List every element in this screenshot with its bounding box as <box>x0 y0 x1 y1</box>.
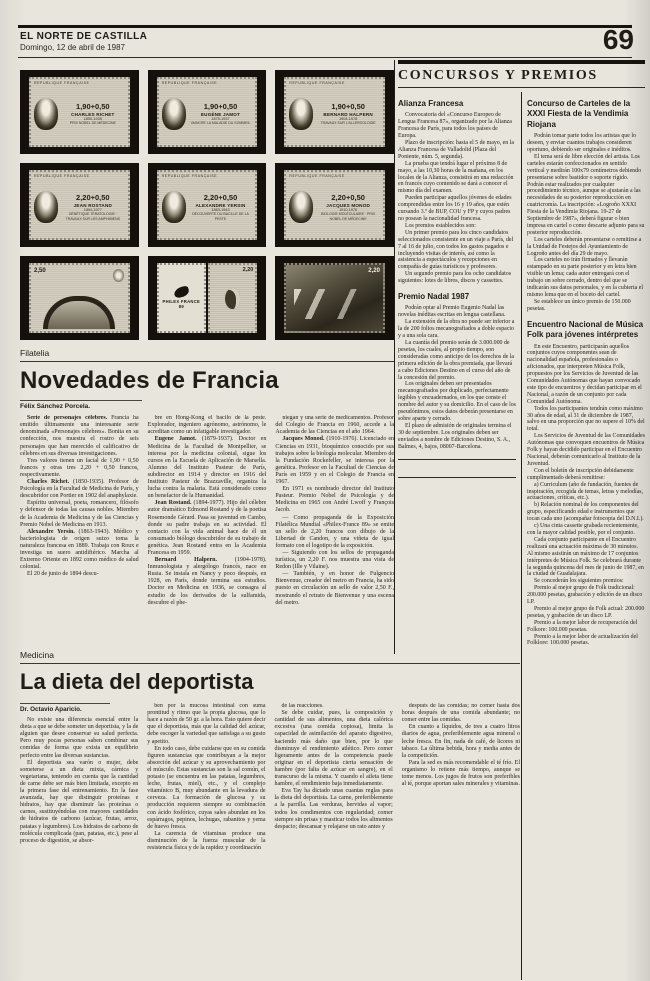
item-body: En este Encuentro, participarán aquellos… <box>527 344 645 648</box>
medicina-column-1: Dr. Octavio Aparicio. No existe una dife… <box>20 703 138 965</box>
article-paragraph: bre en Hong-Kong el bacilo de la peste. … <box>148 415 267 436</box>
article-paragraph: Jean Rostand. (1894-1977). Hijo del céle… <box>148 500 267 557</box>
metro-stamp-face: 2,50 <box>29 263 130 333</box>
concursos-column-b: Concurso de Carteles de la XXXI Fiesta d… <box>527 92 645 980</box>
article-paragraph: después de las comidas; no comer hasta d… <box>402 703 520 724</box>
stamp-face-area: RÉPUBLIQUE FRANÇAISE 1,90+0,50 BERNARD H… <box>284 77 385 147</box>
page-number: 69 <box>603 24 634 56</box>
column-body: No existe una diferencia esencial entre … <box>20 717 138 845</box>
portrait-stamp: RÉPUBLIQUE FRANÇAISE 1,90+0,50 EUGÈNE JA… <box>148 70 267 154</box>
article-paragraph: El 20 de junio de 1894 descu- <box>20 571 139 578</box>
portrait-icon <box>289 98 313 130</box>
stamp-value: 2,20 <box>368 268 380 274</box>
portrait-icon <box>162 98 186 130</box>
stamp-value: 2,20+0,50 <box>316 193 380 202</box>
medicina-column-3: de las reacciones.Se debe cuidar, pues, … <box>275 703 393 965</box>
article-paragraph: Premio a la mejor labor de actualización… <box>527 634 645 648</box>
stamp-value: 2,20+0,50 <box>61 193 125 202</box>
item-body: Convocatoria del «Concurso Europeo de Le… <box>398 112 516 285</box>
article-paragraph: Se concederán los siguientes premios: <box>527 578 645 585</box>
article-paragraph: c) Una cinta cassette grabada recienteme… <box>527 523 645 537</box>
stamp-value: 1,90+0,50 <box>189 102 253 111</box>
filatelia-column-2: bre en Hong-Kong el bacilo de la peste. … <box>148 415 267 653</box>
stamp-face-area: RÉPUBLIQUE FRANÇAISE 2,20+0,50 JEAN ROST… <box>29 170 130 240</box>
article-paragraph: Charles Richet. (1850-1935). Profesor de… <box>20 479 139 500</box>
item-heading: Encuentro Nacional de Música Folk para j… <box>527 320 645 341</box>
masthead: EL NORTE DE CASTILLA Domingo, 12 de abri… <box>20 31 147 52</box>
townscape-icon <box>294 289 375 319</box>
concursos-column-divider <box>521 92 522 980</box>
article-paragraph: Un segundo premio para los ocho candidat… <box>398 271 516 285</box>
liberte-stamp: 2,20 <box>208 263 257 333</box>
newspaper-page: EL NORTE DE CASTILLA Domingo, 12 de abri… <box>0 0 650 981</box>
column-end-rule <box>398 459 516 478</box>
item-body: Podrán optar al Premio Eugenio Nadal las… <box>398 305 516 450</box>
article-paragraph: b) Relación nominal de los componentes d… <box>527 502 645 523</box>
top-rule <box>18 25 632 28</box>
carteles-vendimia-item: Concurso de Carteles de la XXXI Fiesta d… <box>527 99 645 313</box>
concursos-top-bar <box>398 60 645 64</box>
filatelia-byline: Félix Sánchez Porcela. <box>20 400 142 410</box>
article-paragraph: Jacques Monod. (1910-1976). Licenciado e… <box>275 436 394 486</box>
article-paragraph: Se establece un único premio de 150.000 … <box>527 299 645 313</box>
vertical-divider <box>394 60 395 654</box>
stamp-value: 2,20 <box>243 267 254 273</box>
article-paragraph: Los originales deben ser presentados mec… <box>398 381 516 422</box>
philex-label: PHILEX FRANCE 89 <box>161 299 202 309</box>
stamp-subtitle: DÉCOUVERTE DU BACILLE DE LA PESTE <box>189 212 253 220</box>
article-paragraph: Eugene Jamot. (1879-1937). Doctor en Med… <box>148 436 267 500</box>
article-paragraph: Plazo de inscripción: hasta el 5 de mayo… <box>398 140 516 161</box>
portrait-stamp: RÉPUBLIQUE FRANÇAISE 1,90+0,50 BERNARD H… <box>275 70 394 154</box>
portrait-stamp-grid: RÉPUBLIQUE FRANÇAISE 1,90+0,50 CHARLES R… <box>20 70 394 247</box>
philex-stamp-pair: PHILEX FRANCE 89 2,20 <box>148 256 267 340</box>
article-paragraph: Los carteles deberán presentarse o remit… <box>527 237 645 258</box>
article-paragraph: La cuantía del premio serán de 3.000.000… <box>398 340 516 381</box>
article-paragraph: Alexandre Yersin. (1863-1943). Médico y … <box>20 529 139 572</box>
stamp-value: 2,50 <box>34 268 46 274</box>
portrait-icon <box>34 98 58 130</box>
article-paragraph: Tres valores tienen un facial de 1,90 + … <box>20 458 139 479</box>
redon-stamp: 2,20 <box>275 256 394 340</box>
stamp-value: 1,90+0,50 <box>61 102 125 111</box>
article-paragraph: Cada conjunto participante en el Encuent… <box>527 537 645 578</box>
article-paragraph: Podrán optar al Premio Eugenio Nadal las… <box>398 305 516 319</box>
other-stamp-row: 2,50 PHILEX FRANCE 89 2,20 <box>20 256 394 340</box>
filatelia-headline: Novedades de Francia <box>20 368 394 393</box>
stamp-subtitle: PRIX NOBEL DE MÉDECINE <box>61 121 125 125</box>
portrait-medallion-icon <box>113 269 124 282</box>
article-paragraph: — También, y en honor de Fulgencio Bienv… <box>275 571 394 606</box>
article-paragraph: La prueba que tendrá lugar el próximo 8 … <box>398 161 516 196</box>
stamp-value: 1,90+0,50 <box>316 102 380 111</box>
stamp-face-area: RÉPUBLIQUE FRANÇAISE 1,90+0,50 EUGÈNE JA… <box>157 77 258 147</box>
stamp-subtitle: GÉNÉTIQUE TÉRATOLOGIE · TRAVAUX SUR LES … <box>61 212 125 220</box>
article-paragraph: El plazo de admisión de originales termi… <box>398 423 516 451</box>
article-paragraph: En este Encuentro, participarán aquellos… <box>527 344 645 406</box>
stamp-value: 2,20+0,50 <box>189 193 253 202</box>
article-paragraph: Los premios establecidos son: <box>398 223 516 230</box>
concursos-title-rule <box>398 87 645 88</box>
article-paragraph: Para la sed es más recomendable el té fr… <box>402 760 520 788</box>
stamp-face-area: RÉPUBLIQUE FRANÇAISE 2,20+0,50 ALEXANDRE… <box>157 170 258 240</box>
article-paragraph: No existe una diferencia esencial entre … <box>20 717 138 760</box>
section-label-medicina: Medicina <box>20 650 520 664</box>
article-paragraph: En cuanto a líquidos, de tres a cuatro l… <box>402 724 520 759</box>
article-paragraph: La extensión de la obra no puede ser inf… <box>398 319 516 340</box>
stamp-face-area: RÉPUBLIQUE FRANÇAISE 2,20+0,50 JACQUES M… <box>284 170 385 240</box>
item-heading: Premio Nadal 1987 <box>398 292 516 302</box>
article-paragraph: Un primer premio para los cinco candidat… <box>398 230 516 271</box>
medicina-column-4: después de las comidas; no comer hasta d… <box>402 703 520 965</box>
header-rule <box>18 57 632 58</box>
article-paragraph: El deportista sea varón o mujer, debe so… <box>20 760 138 845</box>
stamp-face-area: RÉPUBLIQUE FRANÇAISE 1,90+0,50 CHARLES R… <box>29 77 130 147</box>
article-paragraph: Convocatoria del «Concurso Europeo de Le… <box>398 112 516 140</box>
medicina-headline: La dieta del deportista <box>20 670 520 693</box>
filatelia-column-3: niegan y una serie de medicamentos. Prof… <box>275 415 394 653</box>
article-paragraph: En 1971 es nombrado director del Institu… <box>275 486 394 514</box>
portrait-stamp: RÉPUBLIQUE FRANÇAISE 2,20+0,50 JEAN ROST… <box>20 163 139 247</box>
alianza-francesa-item: Alianza Francesa Convocatoria del «Concu… <box>398 99 516 285</box>
medicina-byline: Dr. Octavio Aparicio. <box>20 703 110 713</box>
philex-logo-icon <box>173 285 190 298</box>
medicina-columns: Dr. Octavio Aparicio. No existe una dife… <box>20 703 520 965</box>
issue-date: Domingo, 12 de abril de 1987 <box>20 43 147 52</box>
article-paragraph: Los carteles no irán firmados y llevarán… <box>527 257 645 298</box>
medicina-article: Medicina La dieta del deportista Dr. Oct… <box>20 650 520 965</box>
article-paragraph: Pueden participar aquellos jóvenes de ed… <box>398 195 516 223</box>
filatelia-columns: Serie de personajes célebres. Francia ha… <box>20 415 394 653</box>
article-paragraph: Espíritu universal, poeta, romancero, fi… <box>20 500 139 528</box>
portrait-stamp: RÉPUBLIQUE FRANÇAISE 1,90+0,50 CHARLES R… <box>20 70 139 154</box>
article-paragraph: de las reacciones. <box>275 703 393 710</box>
filatelia-article: Filatelia Novedades de Francia Félix Sán… <box>20 348 394 653</box>
article-paragraph: Con el boletín de inscripción debidament… <box>527 468 645 482</box>
medicina-column-2: ben por la mucosa intestinal con suma pr… <box>147 703 265 965</box>
article-paragraph: Bernard Halpern. (1904-1978). Inmunologi… <box>148 557 267 607</box>
marianne-profile-icon <box>225 288 240 309</box>
stamps-figure: RÉPUBLIQUE FRANÇAISE 1,90+0,50 CHARLES R… <box>20 70 394 349</box>
article-paragraph: Premio al mejor grupo de Folk actual: 20… <box>527 606 645 620</box>
article-paragraph: — Como propaganda de la Exposición Filat… <box>275 515 394 550</box>
concursos-title: CONCURSOS Y PREMIOS <box>398 68 645 84</box>
article-paragraph: Premio al mejor grupo de Folk tradiciona… <box>527 585 645 606</box>
portrait-stamp: RÉPUBLIQUE FRANÇAISE 2,20+0,50 ALEXANDRE… <box>148 163 267 247</box>
article-paragraph: Todos los participantes tendrán como máx… <box>527 406 645 434</box>
item-heading: Alianza Francesa <box>398 99 516 109</box>
article-paragraph: En todo caso, debe cuidarse que en su co… <box>147 746 265 831</box>
stamp-subtitle: VAINCRE LA MALADIE DU SOMMEIL <box>189 121 253 125</box>
article-paragraph: ben por la mucosa intestinal con suma pr… <box>147 703 265 746</box>
portrait-icon <box>162 191 186 223</box>
article-paragraph: Serie de personajes célebres. Francia ha… <box>20 415 139 458</box>
redon-stamp-face: 2,20 <box>284 263 385 333</box>
philex-logo-stamp: PHILEX FRANCE 89 <box>157 263 206 333</box>
article-paragraph: Se debe cuidar, pues, la composición y c… <box>275 710 393 788</box>
article-paragraph: El tema será de libre elección del artis… <box>527 154 645 237</box>
metro-arch-icon <box>43 296 115 329</box>
article-paragraph: niegan y una serie de medicamentos. Prof… <box>275 415 394 436</box>
article-paragraph: Premio a la mejor labor de recuperación … <box>527 620 645 634</box>
article-paragraph: — Siguiendo con los sellos de propaganda… <box>275 550 394 571</box>
item-heading: Concurso de Carteles de la XXXI Fiesta d… <box>527 99 645 130</box>
premio-nadal-item: Premio Nadal 1987 Podrán optar al Premio… <box>398 292 516 450</box>
musica-folk-item: Encuentro Nacional de Música Folk para j… <box>527 320 645 648</box>
item-body: Podrán tomar parte todos los artistas qu… <box>527 133 645 313</box>
portrait-stamp: RÉPUBLIQUE FRANÇAISE 2,20+0,50 JACQUES M… <box>275 163 394 247</box>
section-label-filatelia: Filatelia <box>20 348 394 362</box>
article-paragraph: Eva Tay ha dictado unas cuantas reglas p… <box>275 788 393 831</box>
stamp-subtitle: BIOLOGIE MOLÉCULAIRE · PRIX NOBEL DE MÉD… <box>316 212 380 220</box>
metro-stamp: 2,50 <box>20 256 139 340</box>
stamp-subtitle: TRAVAUX SUR L'ALLERGOLOGIE <box>316 121 380 125</box>
portrait-icon <box>289 191 313 223</box>
article-paragraph: Los Servicios de Juventud de las Comunid… <box>527 433 645 468</box>
newspaper-name: EL NORTE DE CASTILLA <box>20 31 147 42</box>
article-paragraph: La carencia de vitaminas produce una dis… <box>147 831 265 852</box>
article-paragraph: a) Curriculum (año de fundación, fuentes… <box>527 482 645 503</box>
portrait-icon <box>34 191 58 223</box>
article-paragraph: Podrán tomar parte todos los artistas qu… <box>527 133 645 154</box>
filatelia-column-1: Serie de personajes célebres. Francia ha… <box>20 415 139 653</box>
